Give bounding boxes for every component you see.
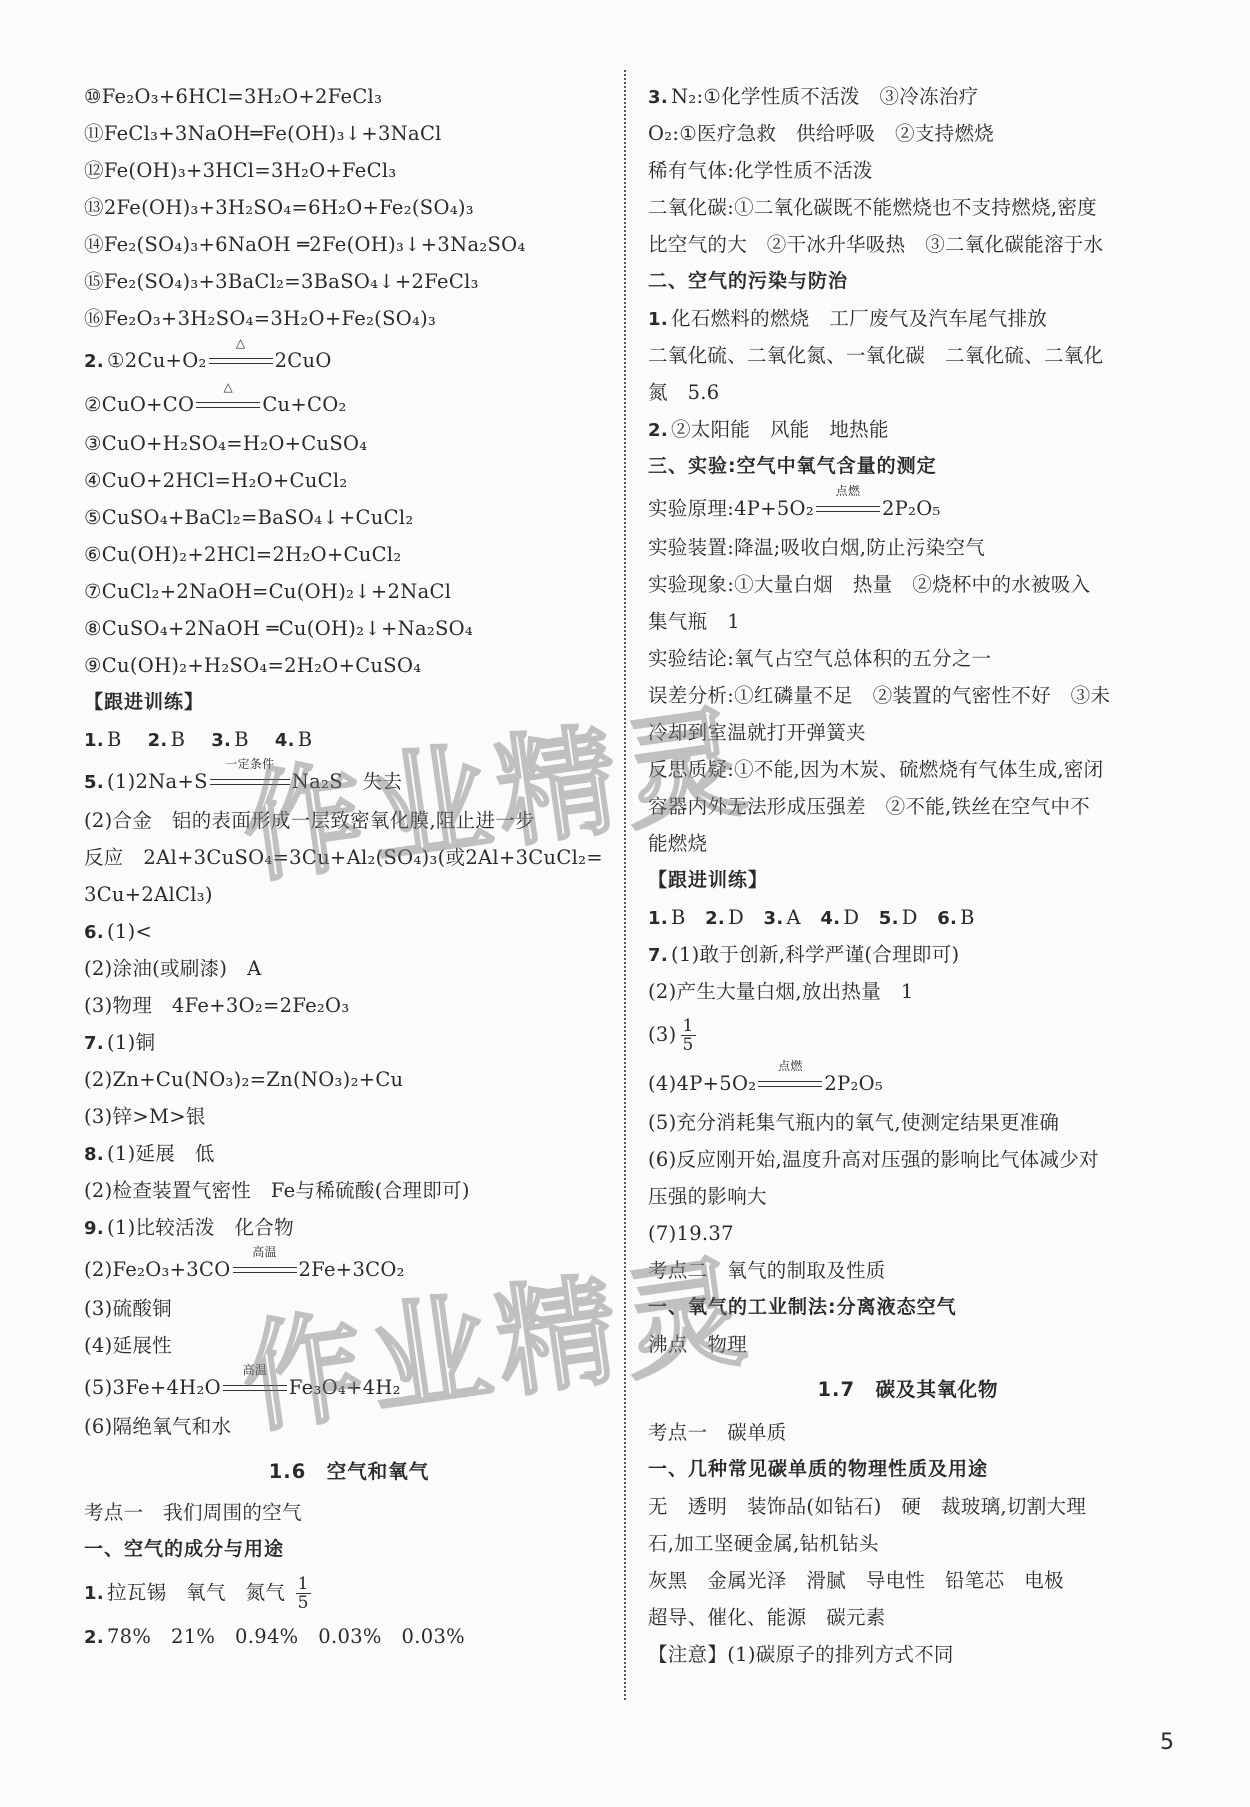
double-equals-sign (233, 1267, 297, 1273)
answer-text: (1)敢于创新,科学严谨(合理即可) (671, 943, 959, 966)
equation-line: ③CuO+H₂SO₄=H₂O+CuSO₄ (84, 425, 614, 462)
equation-rhs: 2Fe+3CO₂ (299, 1258, 405, 1281)
item-number: ⑮ (84, 270, 104, 293)
item-number: ⑧ (84, 617, 102, 640)
answer-line: 8.(1)延展 低 (84, 1135, 614, 1172)
reaction-condition: △ (209, 355, 273, 369)
answer-text: ②太阳能 风能 地热能 (671, 418, 889, 441)
equation-rhs: 2P₂O₅ (882, 497, 941, 520)
condition-label: 高温 (233, 1245, 297, 1259)
equation-line: ⑬2Fe(OH)₃+3H₂SO₄=6H₂O+Fe₂(SO₄)₃ (84, 189, 614, 226)
question-number: 2. (148, 730, 168, 751)
double-equals-sign (210, 779, 290, 785)
item-number: ⑫ (84, 159, 104, 182)
reaction-condition: 高温 (223, 1382, 287, 1396)
answer-line: 容器内外无法形成压强差 ②不能,铁丝在空气中不 (648, 788, 1168, 825)
fraction: 15 (681, 1017, 696, 1054)
kaodian-heading: 考点二 氧气的制取及性质 (648, 1252, 1168, 1289)
answer-text: N₂:①化学性质不活泼 ③冷冻治疗 (671, 85, 979, 108)
answer-line: 二氧化碳:①二氧化碳既不能燃烧也不支持燃烧,密度 (648, 189, 1168, 226)
subsection-heading: 一、空气的成分与用途 (84, 1531, 614, 1568)
equation-text: CuCl₂+2NaOH=Cu(OH)₂↓+2NaCl (102, 580, 451, 603)
equation-lhs: (5)3Fe+4H₂O (84, 1376, 221, 1399)
item-number: ③ (84, 432, 102, 455)
answer-line: 二氧化硫、二氧化氮、一氧化碳 二氧化硫、二氧化 (648, 337, 1168, 374)
left-column: ⑩Fe₂O₃+6HCl=3H₂O+2FeCl₃ ⑪FeCl₃+3NaOH═Fe(… (84, 78, 614, 1655)
answer: A (786, 906, 800, 929)
section-title: 1.6 空气和氧气 (84, 1453, 614, 1490)
item-number: ⑪ (84, 122, 104, 145)
item-number: ④ (84, 469, 102, 492)
answer: B (671, 906, 686, 929)
answer-line: (4)4P+5O₂点燃2P₂O₅ (648, 1060, 1168, 1104)
equation-line: ⑭Fe₂(SO₄)₃+6NaOH ═2Fe(OH)₃↓+3Na₂SO₄ (84, 226, 614, 263)
answer-line: (2)涂油(或刷漆) A (84, 950, 614, 987)
answer-line: 冷却到室温就打开弹簧夹 (648, 714, 1168, 751)
answer-line: (6)隔绝氧气和水 (84, 1408, 614, 1445)
item-number: ⑨ (84, 654, 102, 677)
question-number: 8. (84, 1144, 104, 1165)
question-number: 2. (84, 1627, 104, 1648)
answer-line: (7)19.37 (648, 1215, 1168, 1252)
denominator: 5 (683, 1036, 694, 1054)
answer-line: 实验结论:氧气占空气总体积的五分之一 (648, 640, 1168, 677)
condition-label: 点燃 (758, 1059, 822, 1073)
question-number: 2. (705, 908, 725, 929)
answer-line: 2.②太阳能 风能 地热能 (648, 411, 1168, 448)
equation-lhs: CuO+CO (102, 393, 195, 416)
answer: B (960, 906, 975, 929)
equation-text: Fe(OH)₃+3HCl=3H₂O+FeCl₃ (104, 159, 397, 182)
item-number: ② (84, 393, 102, 416)
answer-line: 能燃烧 (648, 825, 1168, 862)
question-number: 2. (84, 351, 104, 372)
practice-heading: 【跟进训练】 (648, 862, 1168, 899)
answer-line: (3)15 (648, 1010, 1168, 1060)
answer-text: (1)比较活泼 化合物 (107, 1216, 294, 1239)
item-number: ⑯ (84, 307, 104, 330)
double-equals-sign (209, 358, 273, 364)
reaction-condition: 高温 (233, 1264, 297, 1278)
question-number: 1. (648, 908, 668, 929)
answer-line: 3Cu+2AlCl₃) (84, 876, 614, 913)
question-number: 6. (84, 922, 104, 943)
question-number: 3. (764, 908, 784, 929)
question-number: 3. (211, 730, 231, 751)
answer-text: 拉瓦锡 氧气 氮气 (107, 1581, 285, 1604)
answer-line: 氮 5.6 (648, 374, 1168, 411)
equation-text: Cu(OH)₂+2HCl=2H₂O+CuCl₂ (102, 543, 402, 566)
question-number: 6. (937, 908, 957, 929)
equation-line: ⑯Fe₂O₃+3H₂SO₄=3H₂O+Fe₂(SO₄)₃ (84, 300, 614, 337)
answer-line: 实验现象:①大量白烟 热量 ②烧杯中的水被吸入 (648, 566, 1168, 603)
equation-rhs: Fe₃O₄+4H₂ (289, 1376, 401, 1399)
equation-line: ④CuO+2HCl=H₂O+CuCl₂ (84, 462, 614, 499)
equation-lhs: 2Cu+O₂ (125, 349, 207, 372)
equation-rhs: Cu+CO₂ (262, 393, 346, 416)
double-equals-sign (223, 1385, 287, 1391)
denominator: 5 (298, 1594, 309, 1612)
equation-line: ⑥Cu(OH)₂+2HCl=2H₂O+CuCl₂ (84, 536, 614, 573)
answer-line: (3)硫酸铜 (84, 1290, 614, 1327)
equation-text: Fe₂(SO₄)₃+3BaCl₂=3BaSO₄↓+2FeCl₃ (104, 270, 479, 293)
answer-line: 灰黑 金属光泽 滑腻 导电性 铅笔芯 电极 (648, 1562, 1168, 1599)
double-equals-sign (758, 1081, 822, 1087)
equation-lhs: 实验原理:4P+5O₂ (648, 497, 814, 520)
item-number: ⑤ (84, 506, 102, 529)
answer-line: 9.(1)比较活泼 化合物 (84, 1209, 614, 1246)
page-number: 5 (1160, 1730, 1174, 1755)
item-number: ⑬ (84, 196, 104, 219)
double-equals-sign (196, 402, 260, 408)
question-number: 4. (275, 730, 295, 751)
answer-line: 反应 2Al+3CuSO₄=3Cu+Al₂(SO₄)₃(或2Al+3CuCl₂= (84, 839, 614, 876)
numerator: 1 (681, 1017, 696, 1036)
answer-line: (3)锌>M>银 (84, 1098, 614, 1135)
item-number: ① (107, 349, 125, 372)
answer-line: 石,加工坚硬金属,钻机钻头 (648, 1525, 1168, 1562)
equation-rhs: Na₂S 失去 (292, 770, 402, 793)
equation-lhs: (1)2Na+S (107, 770, 208, 793)
answer-line: (2)合金 铝的表面形成一层致密氧化膜,阻止进一步 (84, 802, 614, 839)
answer-line: 1.化石燃料的燃烧 工厂废气及汽车尾气排放 (648, 300, 1168, 337)
answer-line: 无 透明 装饰品(如钻石) 硬 裁玻璃,切割大理 (648, 1488, 1168, 1525)
condition-label: △ (196, 380, 260, 394)
equation-text: Fe₂(SO₄)₃+6NaOH ═2Fe(OH)₃↓+3Na₂SO₄ (104, 233, 526, 256)
answer-line: 6.(1)< (84, 913, 614, 950)
answer-line: (5)3Fe+4H₂O高温Fe₃O₄+4H₂ (84, 1364, 614, 1408)
condition-label: 高温 (223, 1363, 287, 1377)
kaodian-heading: 考点一 我们周围的空气 (84, 1494, 614, 1531)
equation-text: Fe₂O₃+3H₂SO₄=3H₂O+Fe₂(SO₄)₃ (104, 307, 436, 330)
question-number: 7. (84, 1033, 104, 1054)
equation-lhs: (2)Fe₂O₃+3CO (84, 1258, 231, 1281)
equation-line: ⑪FeCl₃+3NaOH═Fe(OH)₃↓+3NaCl (84, 115, 614, 152)
item-number: ⑭ (84, 233, 104, 256)
answer-text: (1)< (107, 920, 152, 943)
condition-label: 点燃 (816, 484, 880, 498)
answer-line: (5)充分消耗集气瓶内的氧气,使测定结果更准确 (648, 1104, 1168, 1141)
right-column: 3.N₂:①化学性质不活泼 ③冷冻治疗 O₂:①医疗急救 供给呼吸 ②支持燃烧 … (648, 78, 1168, 1673)
equation-line: ⑧CuSO₄+2NaOH ═Cu(OH)₂↓+Na₂SO₄ (84, 610, 614, 647)
numerator: 1 (296, 1575, 311, 1594)
question-number: 9. (84, 1218, 104, 1239)
question-number: 5. (84, 772, 104, 793)
fraction: 15 (296, 1575, 311, 1612)
equation-line: ②CuO+CO△Cu+CO₂ (84, 381, 614, 425)
mc-answers: 1.B 2.D 3.A 4.D 5.D 6.B (648, 899, 1168, 936)
subsection-heading: 一、几种常见碳单质的物理性质及用途 (648, 1451, 1168, 1488)
kaodian-heading: 考点一 碳单质 (648, 1414, 1168, 1451)
answer-line: (2)产生大量白烟,放出热量 1 (648, 973, 1168, 1010)
answer-line: 【注意】(1)碳原子的排列方式不同 (648, 1636, 1168, 1673)
answer: D (728, 906, 744, 929)
subsection-heading: 二、空气的污染与防治 (648, 263, 1168, 300)
answer-line: 集气瓶 1 (648, 603, 1168, 640)
answer-line: 比空气的大 ②干冰升华吸热 ③二氧化碳能溶于水 (648, 226, 1168, 263)
item-number: ⑥ (84, 543, 102, 566)
answer-text: 78% 21% 0.94% 0.03% 0.03% (107, 1625, 465, 1648)
equation-line: ⑨Cu(OH)₂+H₂SO₄=2H₂O+CuSO₄ (84, 647, 614, 684)
answer-line: 2.78% 21% 0.94% 0.03% 0.03% (84, 1618, 614, 1655)
answer-text: (1)铜 (107, 1031, 155, 1054)
answer-line: 3.N₂:①化学性质不活泼 ③冷冻治疗 (648, 78, 1168, 115)
equation-lhs: (4)4P+5O₂ (648, 1072, 756, 1095)
answer-line: 反思质疑:①不能,因为木炭、硫燃烧有气体生成,密闭 (648, 751, 1168, 788)
answer-line: (2)Zn+Cu(NO₃)₂=Zn(NO₃)₂+Cu (84, 1061, 614, 1098)
answer-line: (6)反应刚开始,温度升高对压强的影响比气体减少对 (648, 1141, 1168, 1178)
equation-line: ⑮Fe₂(SO₄)₃+3BaCl₂=3BaSO₄↓+2FeCl₃ (84, 263, 614, 300)
practice-heading: 【跟进训练】 (84, 684, 614, 721)
answer-text: (3) (648, 1023, 677, 1046)
equation-text: Fe₂O₃+6HCl=3H₂O+2FeCl₃ (102, 85, 382, 108)
double-equals-sign (816, 506, 880, 512)
subsection-heading: 一、氧气的工业制法:分离液态空气 (648, 1289, 1168, 1326)
equation-rhs: 2P₂O₅ (824, 1072, 883, 1095)
answer-line: 超导、催化、能源 碳元素 (648, 1599, 1168, 1636)
equation-text: CuSO₄+2NaOH ═Cu(OH)₂↓+Na₂SO₄ (102, 617, 473, 640)
question-number: 1. (648, 309, 668, 330)
equation-line: ⑩Fe₂O₃+6HCl=3H₂O+2FeCl₃ (84, 78, 614, 115)
answer-line: O₂:①医疗急救 供给呼吸 ②支持燃烧 (648, 115, 1168, 152)
answer-text: 化石燃料的燃烧 工厂废气及汽车尾气排放 (671, 307, 1047, 330)
reaction-condition: 点燃 (816, 503, 880, 517)
reaction-condition: 一定条件 (210, 776, 290, 790)
answer-line: (3)物理 4Fe+3O₂=2Fe₂O₃ (84, 987, 614, 1024)
equation-text: CuSO₄+BaCl₂=BaSO₄↓+CuCl₂ (102, 506, 414, 529)
reaction-condition: △ (196, 399, 260, 413)
reaction-condition: 点燃 (758, 1078, 822, 1092)
answer-line: 7.(1)铜 (84, 1024, 614, 1061)
question-number: 3. (648, 87, 668, 108)
answer-line: 5.(1)2Na+S一定条件Na₂S 失去 (84, 758, 614, 802)
equation-line: ⑦CuCl₂+2NaOH=Cu(OH)₂↓+2NaCl (84, 573, 614, 610)
equation-line: ⑫Fe(OH)₃+3HCl=3H₂O+FeCl₃ (84, 152, 614, 189)
item-number: ⑦ (84, 580, 102, 603)
answer-line: (2)检查装置气密性 Fe与稀硫酸(合理即可) (84, 1172, 614, 1209)
answer-text: (1)延展 低 (107, 1142, 215, 1165)
equation-line: ⑤CuSO₄+BaCl₂=BaSO₄↓+CuCl₂ (84, 499, 614, 536)
equation-text: Cu(OH)₂+H₂SO₄=2H₂O+CuSO₄ (102, 654, 422, 677)
question-number: 1. (84, 730, 104, 751)
mc-answers: 1.B 2.B 3.B 4.B (84, 721, 614, 758)
answer-line: 沸点 物理 (648, 1326, 1168, 1363)
question-number: 2. (648, 420, 668, 441)
question-number: 1. (84, 1583, 104, 1604)
answer: D (902, 906, 918, 929)
answer-line: (2)Fe₂O₃+3CO高温2Fe+3CO₂ (84, 1246, 614, 1290)
question-number: 5. (879, 908, 899, 929)
answer-line: (4)延展性 (84, 1327, 614, 1364)
answer-line: 1.拉瓦锡 氧气 氮气 15 (84, 1568, 614, 1618)
answer: B (234, 728, 249, 751)
equation-text: CuO+H₂SO₄=H₂O+CuSO₄ (102, 432, 368, 455)
question-number: 4. (820, 908, 840, 929)
answer: D (843, 906, 859, 929)
answer: B (171, 728, 186, 751)
question-number: 7. (648, 945, 668, 966)
equation-rhs: 2CuO (275, 349, 332, 372)
answer-line: 实验原理:4P+5O₂点燃2P₂O₅ (648, 485, 1168, 529)
answer-line: 实验装置:降温;吸收白烟,防止污染空气 (648, 529, 1168, 566)
answer-line: 压强的影响大 (648, 1178, 1168, 1215)
answer: B (298, 728, 313, 751)
item-number: ⑩ (84, 85, 102, 108)
answer-line: 稀有气体:化学性质不活泼 (648, 152, 1168, 189)
condition-label: 一定条件 (210, 757, 290, 771)
equation-text: FeCl₃+3NaOH═Fe(OH)₃↓+3NaCl (104, 122, 442, 145)
answer-line: 7.(1)敢于创新,科学严谨(合理即可) (648, 936, 1168, 973)
equation-text: 2Fe(OH)₃+3H₂SO₄=6H₂O+Fe₂(SO₄)₃ (104, 196, 474, 219)
column-divider (624, 70, 626, 1700)
section-title: 1.7 碳及其氧化物 (648, 1371, 1168, 1408)
answer: B (107, 728, 122, 751)
equation-line: 2.①2Cu+O₂△2CuO (84, 337, 614, 381)
subsection-heading: 三、实验:空气中氧气含量的测定 (648, 448, 1168, 485)
condition-label: △ (209, 336, 273, 350)
equation-text: CuO+2HCl=H₂O+CuCl₂ (102, 469, 348, 492)
answer-line: 误差分析:①红磷量不足 ②装置的气密性不好 ③未 (648, 677, 1168, 714)
